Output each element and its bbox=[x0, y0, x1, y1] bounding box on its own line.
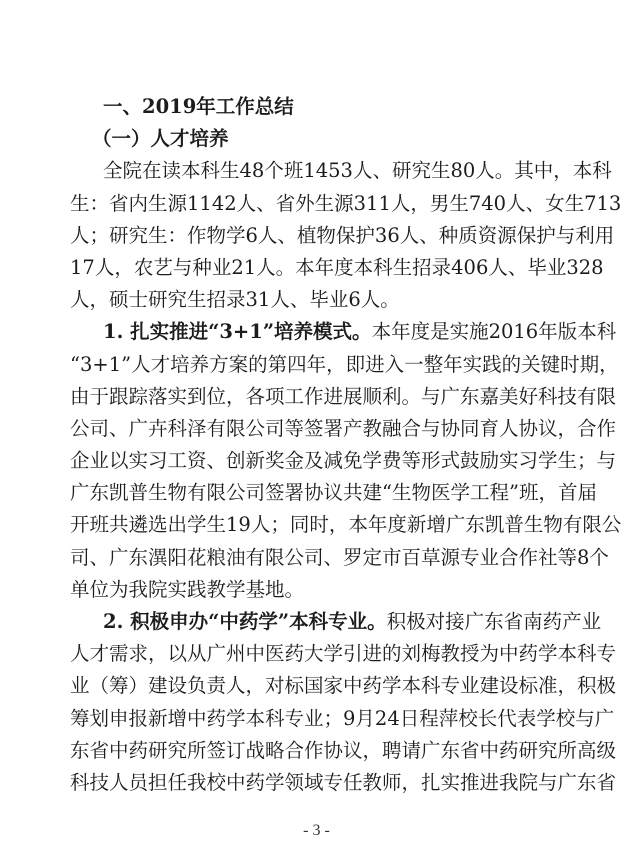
text-line: “3+1”人才培养方案的第四年，即进入一整年实践的关键时期， bbox=[70, 349, 566, 381]
paragraph-3plus1-model: 1. 扎实推进“3+1”培养模式。本年度是实施2016年版本科 “3+1”人才培… bbox=[70, 316, 566, 606]
text-line: 企业以实习工资、创新奖金及减免学费等形式鼓励实习学生；与 bbox=[70, 445, 566, 477]
paragraph-tcm-major: 2. 积极申办“中药学”本科专业。积极对接广东省南药产业 人才需求，以从广州中医… bbox=[70, 606, 566, 799]
text-line: 1. 扎实推进“3+1”培养模式。本年度是实施2016年版本科 bbox=[70, 316, 566, 348]
text-line: 公司、广卉科泽有限公司等签署产教融合与协同育人协议，合作 bbox=[70, 413, 566, 445]
text-line: 生：省内生源1142人、省外生源311人，男生740人、女生713 bbox=[70, 188, 566, 220]
text-line: 单位为我院实践教学基地。 bbox=[70, 574, 566, 606]
text-line: 科技人员担任我校中药学领域专任教师，扎实推进我院与广东省 bbox=[70, 767, 566, 799]
subsection-heading: （一）人才培养 bbox=[70, 123, 566, 155]
text-line: 由于跟踪落实到位，各项工作进展顺利。与广东嘉美好科技有限 bbox=[70, 381, 566, 413]
text-line: 2. 积极申办“中药学”本科专业。积极对接广东省南药产业 bbox=[70, 606, 566, 638]
page-number: - 3 - bbox=[0, 822, 633, 840]
paragraph-enrollment: 全院在读本科生48个班1453人、研究生80人。其中，本科 生：省内生源1142… bbox=[70, 155, 566, 316]
text-line: 筹划申报新增中药学本科专业；9月24日程萍校长代表学校与广 bbox=[70, 703, 566, 735]
section-heading: 一、2019年工作总结 bbox=[70, 91, 566, 123]
text-span: 本年度是实施2016年版本科 bbox=[372, 320, 617, 343]
text-line: 人才需求，以从广州中医药大学引进的刘梅教授为中药学本科专 bbox=[70, 638, 566, 670]
text-line: 人；研究生：作物学6人、植物保护36人、种质资源保护与利用 bbox=[70, 220, 566, 252]
text-line: 东省中药研究所签订战略合作协议，聘请广东省中药研究所高级 bbox=[70, 735, 566, 767]
text-line: 广东凯普生物有限公司签署协议共建“生物医学工程”班，首届 bbox=[70, 477, 566, 509]
paragraph-lead-heading: 2. 积极申办“中药学”本科专业。 bbox=[103, 610, 387, 633]
text-line: 全院在读本科生48个班1453人、研究生80人。其中，本科 bbox=[70, 155, 566, 187]
text-span: 积极对接广东省南药产业 bbox=[387, 610, 602, 633]
text-line: 司、广东潩阳花粮油有限公司、罗定市百草源专业合作社等8个 bbox=[70, 542, 566, 574]
text-line: 17人，农艺与种业21人。本年度本科生招录406人、毕业328 bbox=[70, 252, 566, 284]
document-body: 一、2019年工作总结 （一）人才培养 全院在读本科生48个班1453人、研究生… bbox=[70, 91, 566, 799]
document-page: 一、2019年工作总结 （一）人才培养 全院在读本科生48个班1453人、研究生… bbox=[0, 0, 633, 846]
paragraph-lead-heading: 1. 扎实推进“3+1”培养模式。 bbox=[103, 320, 372, 343]
text-line: 业（筹）建设负责人，对标国家中药学本科专业建设标准，积极 bbox=[70, 670, 566, 702]
text-line: 人，硕士研究生招录31人、毕业6人。 bbox=[70, 284, 566, 316]
text-line: 开班共遴选出学生19人；同时，本年度新增广东凯普生物有限公 bbox=[70, 509, 566, 541]
